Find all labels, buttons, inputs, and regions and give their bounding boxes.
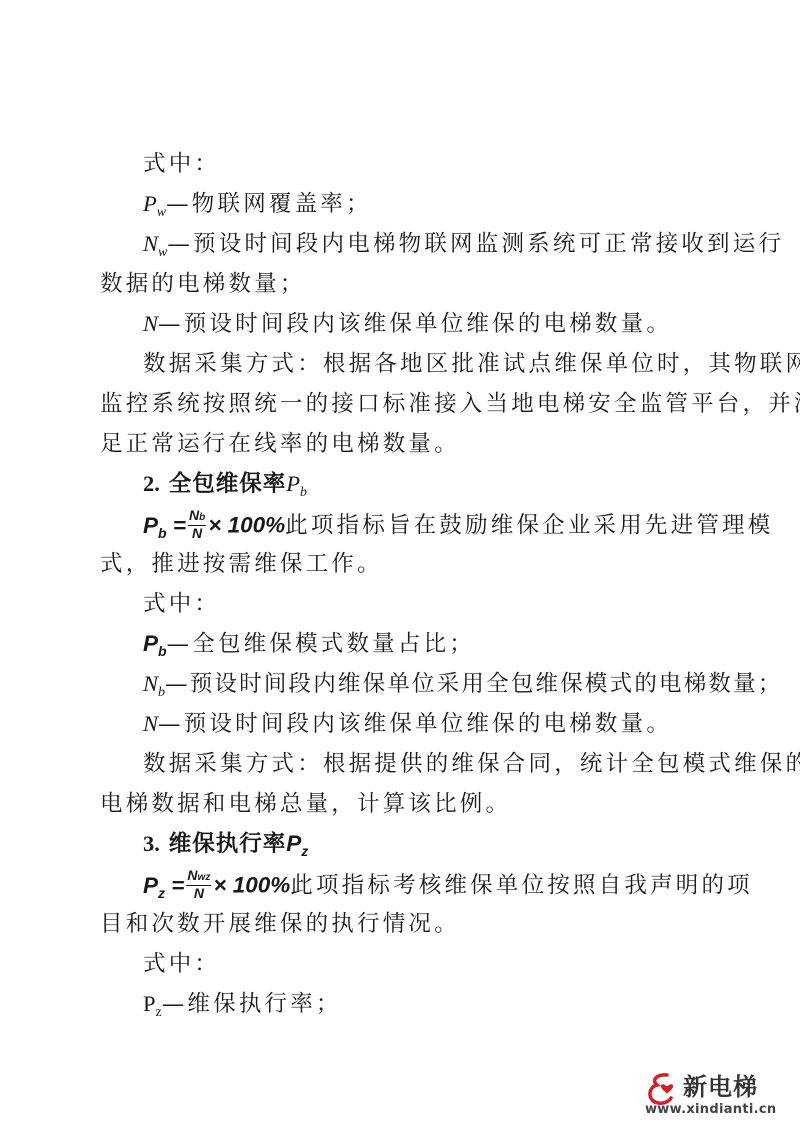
formula-fraction: NbN bbox=[188, 508, 206, 541]
definition-pw: Pw—物联网覆盖率； bbox=[143, 190, 743, 227]
collection-method-1: 数据采集方式：根据各地区批准试点维保单位时，其物联网 bbox=[143, 350, 743, 378]
definition-pb: Pb—全包维保模式数量占比； bbox=[143, 630, 743, 665]
definition-nw-cont: 数据的电梯数量； bbox=[100, 270, 700, 298]
section-2-collection-2: 电梯数据和电梯总量，计算该比例。 bbox=[100, 790, 700, 818]
watermark-url: www.xindianti.cn bbox=[645, 1102, 776, 1118]
where-label: 式中： bbox=[143, 150, 743, 178]
section-2-collection-1: 数据采集方式：根据提供的维保合同，统计全包模式维保的 bbox=[143, 750, 743, 778]
definition-nb: Nb—预设时间段内维保单位采用全包维保模式的电梯数量； bbox=[143, 670, 743, 707]
section-2-formula-desc-cont: 式，推进按需维保工作。 bbox=[100, 550, 700, 578]
section-3-formula: Pz =NwzN× 100%此项指标考核维保单位按照自我声明的项 bbox=[143, 870, 743, 907]
collection-method-3: 足正常运行在线率的电梯数量。 bbox=[100, 430, 700, 458]
definition-nw: Nw—预设时间段内电梯物联网监测系统可正常接收到运行 bbox=[143, 230, 743, 267]
section-2-heading: 2. 全包维保率Pb bbox=[143, 470, 743, 507]
section-3-where: 式中： bbox=[143, 950, 743, 978]
section-2-formula: Pb =NbN× 100%此项指标旨在鼓励维保企业采用先进管理模 bbox=[143, 510, 743, 547]
logo-heart-e-icon bbox=[645, 1072, 681, 1106]
section-3-heading: 3. 维保执行率Pz bbox=[143, 830, 743, 865]
formula-fraction: NwzN bbox=[186, 868, 211, 901]
watermark-name: 新电梯 bbox=[683, 1072, 758, 1102]
definition-n: N—预设时间段内该维保单位维保的电梯数量。 bbox=[143, 310, 743, 338]
definition-n-2: N—预设时间段内该维保单位维保的电梯数量。 bbox=[143, 710, 743, 738]
definition-pz: Pz—维保执行率； bbox=[143, 990, 743, 1027]
collection-method-2: 监控系统按照统一的接口标准接入当地电梯安全监管平台，并满 bbox=[100, 390, 700, 418]
document-page: 式中： Pw—物联网覆盖率； Nw—预设时间段内电梯物联网监测系统可正常接收到运… bbox=[0, 0, 800, 1131]
formula-lhs: Pb = bbox=[143, 513, 186, 538]
section-2-where: 式中： bbox=[143, 590, 743, 618]
section-3-formula-desc-cont: 目和次数开展维保的执行情况。 bbox=[100, 910, 700, 938]
watermark-logo: 新电梯 www.xindianti.cn bbox=[645, 1072, 795, 1122]
formula-lhs: Pz = bbox=[143, 873, 184, 898]
